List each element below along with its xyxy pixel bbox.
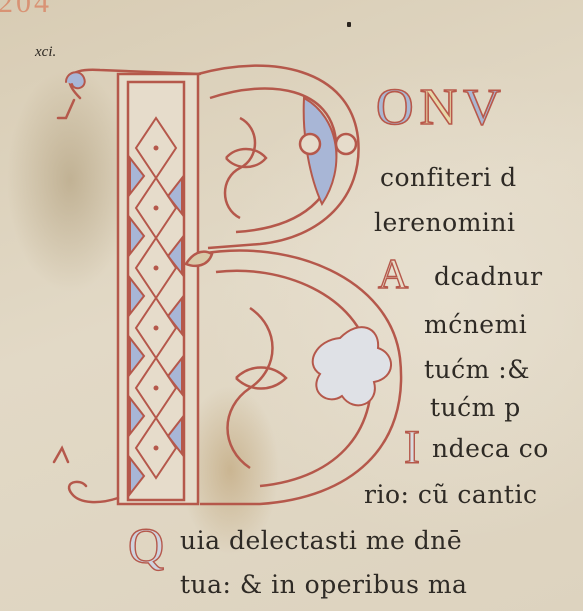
text-line-6: tućm p: [430, 393, 521, 422]
rubric-letter-o: O: [376, 79, 420, 136]
rubric-heading: ONV: [376, 82, 507, 134]
rubric-letter-n: N: [420, 79, 464, 136]
text-line-5: tućm :&: [424, 355, 530, 384]
text-line-4: mćnemi: [424, 310, 527, 339]
text-line-9: uia delectasti me dnē: [180, 526, 462, 555]
text-line-7: ndeca co: [432, 434, 549, 463]
text-line-10: tua: & in operibus ma: [180, 570, 467, 599]
capital-q: Q: [128, 520, 164, 570]
text-line-3: dcadnur: [434, 262, 543, 291]
text-line-1: confiteri d: [380, 163, 517, 192]
text-line-8: rio: cũ cantic: [364, 480, 537, 509]
ink-speck: [347, 22, 351, 27]
rubric-letter-v: V: [463, 79, 507, 136]
capital-a: A: [378, 254, 408, 296]
decorated-initial-b: [40, 58, 410, 518]
folio-number: 204: [0, 0, 52, 20]
text-line-2: lerenomini: [374, 208, 516, 237]
capital-i: I: [404, 424, 420, 472]
